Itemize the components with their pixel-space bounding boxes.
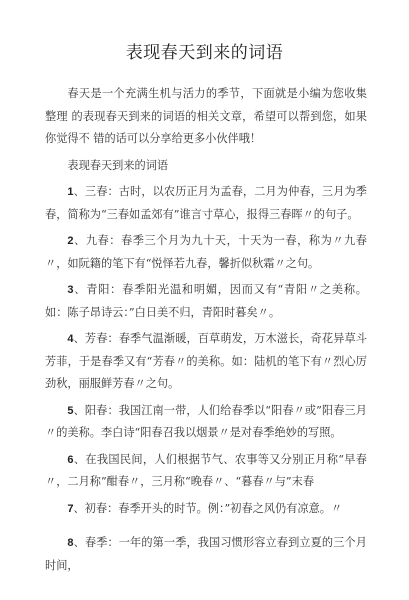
item-text: 初春：春季开头的时节。例：”初春之风仍有凉意。〃	[85, 502, 342, 515]
item-text: 九春：春季三个月为九十天，十天为一春，称为〃九春〃，如阮籍的笔下有“悦怿若九春，…	[45, 234, 367, 270]
item-text: 春季：一年的第一季，我国习惯形容立春到立夏的三个月时间，	[45, 536, 367, 572]
list-item-1: 1、三春：古时，以农历正月为孟春，二月为仲春，三月为季春，简称为“三春如孟郊有”…	[45, 181, 367, 226]
item-text: 青阳：春季阳光温和明媚，因而又有“青阳〃之美称。如：陈子昂诗云：”白日美不归，青…	[45, 283, 367, 319]
list-item-5: 5、阳春：我国江南一带，人们给春季以“阳春〃或”阳春三月〃的美称。李白诗“阳春召…	[45, 400, 367, 445]
document-title: 表现春天到来的词语	[0, 41, 409, 65]
item-text: 在我国民间，人们根据节气、农事等又分别正月称“早春〃，二月称”酣春〃，三月称“晚…	[45, 453, 367, 489]
list-item-2: 2、九春：春季三个月为九十天，十天为一春，称为〃九春〃，如阮籍的笔下有“悦怿若九…	[45, 230, 367, 275]
item-text: 阳春：我国江南一带，人们给春季以“阳春〃或”阳春三月〃的美称。李白诗“阳春召我以…	[45, 404, 367, 440]
section-subtitle: 表现春天到来的词语	[45, 155, 367, 178]
intro-paragraph: 春天是一个充满生机与活力的季节，下面就是小编为您收集整理 的表现春天到来的词语的…	[45, 83, 367, 151]
list-item-6: 6、在我国民间，人们根据节气、农事等又分别正月称“早春〃，二月称”酣春〃，三月称…	[45, 449, 367, 494]
list-item-3: 3、青阳：春季阳光温和明媚，因而又有“青阳〃之美称。如：陈子昂诗云：”白日美不归…	[45, 279, 367, 324]
list-item-4: 4、芳春：春季气温渐暖，百草萌发，万木滋长，奇花异草斗芳菲，于是春季又有“芳春〃…	[45, 328, 367, 396]
item-text: 芳春：春季气温渐暖，百草萌发，万木滋长，奇花异草斗芳菲，于是春季又有“芳春〃的美…	[45, 332, 367, 390]
list-item-8: 8、春季：一年的第一季，我国习惯形容立春到立夏的三个月时间，	[45, 532, 367, 577]
document-body: 春天是一个充满生机与活力的季节，下面就是小编为您收集整理 的表现春天到来的词语的…	[45, 83, 367, 581]
item-text: 三春：古时，以农历正月为孟春，二月为仲春，三月为季春，简称为“三春如孟郊有”谁言…	[45, 185, 367, 221]
document-page: 表现春天到来的词语 春天是一个充满生机与活力的季节，下面就是小编为您收集整理 的…	[0, 0, 409, 600]
list-item-7: 7、初春：春季开头的时节。例：”初春之风仍有凉意。〃	[45, 498, 367, 521]
